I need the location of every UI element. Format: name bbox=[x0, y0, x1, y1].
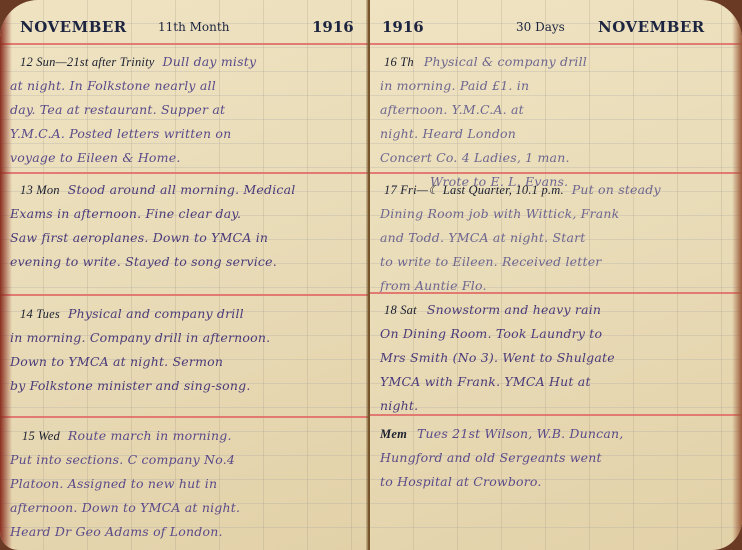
entry-line: in morning. Paid £1. in bbox=[380, 78, 529, 93]
diary-entry-15-wed: 15 WedRoute march in morning. Put into s… bbox=[10, 424, 360, 544]
entry-line: afternoon. Y.M.C.A. at bbox=[380, 102, 524, 117]
entry-line: Snowstorm and heavy rain bbox=[427, 302, 601, 317]
day-label: 16 Th bbox=[384, 55, 414, 69]
diary-spread: NOVEMBER 11th Month 1916 12 Sun—21st aft… bbox=[0, 0, 742, 550]
entry-line: to Hospital at Crowboro. bbox=[380, 474, 542, 489]
left-page: NOVEMBER 11th Month 1916 12 Sun—21st aft… bbox=[0, 0, 368, 550]
day-label: 17 Fri— bbox=[384, 183, 428, 197]
right-page: 1916 30 Days NOVEMBER 16 ThPhysical & co… bbox=[370, 0, 742, 550]
memo-entry: MemTues 21st Wilson, W.B. Duncan, Hungfo… bbox=[380, 422, 735, 494]
day-label: 12 Sun—21st after Trinity bbox=[20, 55, 155, 69]
entry-divider bbox=[0, 294, 368, 296]
entry-line: Mrs Smith (No 3). Went to Shulgate bbox=[380, 350, 615, 365]
diary-entry-17-fri: 17 Fri—☾ Last Quarter, 10.1 p.m.Put on s… bbox=[380, 178, 735, 298]
entry-line: Down to YMCA at night. Sermon bbox=[10, 354, 223, 369]
moon-phase-note: ☾ Last Quarter, 10.1 p.m. bbox=[428, 183, 564, 197]
entry-line: Y.M.C.A. Posted letters written on bbox=[10, 126, 231, 141]
entry-line: voyage to Eileen & Home. bbox=[10, 150, 181, 165]
entry-line: Physical and company drill bbox=[68, 306, 244, 321]
entry-line: at night. In Folkstone nearly all bbox=[10, 78, 216, 93]
entry-line: Stood around all morning. Medical bbox=[68, 182, 296, 197]
memo-label: Mem bbox=[380, 427, 407, 441]
entry-divider bbox=[0, 172, 368, 174]
entry-line: Dining Room job with Wittick, Frank bbox=[380, 206, 619, 221]
right-page-header: 1916 30 Days NOVEMBER bbox=[382, 18, 727, 40]
entry-line: On Dining Room. Took Laundry to bbox=[380, 326, 602, 341]
month-title: NOVEMBER bbox=[598, 18, 705, 36]
year-label: 1916 bbox=[312, 18, 354, 36]
page-edge bbox=[732, 0, 742, 550]
entry-line: Dull day misty bbox=[163, 54, 257, 69]
entry-divider bbox=[370, 414, 742, 416]
entry-line: Platoon. Assigned to new hut in bbox=[10, 476, 217, 491]
entry-line: and Todd. YMCA at night. Start bbox=[380, 230, 586, 245]
entry-line: night. Heard London bbox=[380, 126, 516, 141]
entry-line: Hungford and old Sergeants went bbox=[380, 450, 602, 465]
entry-divider bbox=[370, 292, 742, 294]
entry-divider bbox=[370, 172, 742, 174]
entry-line: in morning. Company drill in afternoon. bbox=[10, 330, 270, 345]
entry-line: evening to write. Stayed to song service… bbox=[10, 254, 277, 269]
left-page-header: NOVEMBER 11th Month 1916 bbox=[20, 18, 360, 40]
year-label: 1916 bbox=[382, 18, 424, 36]
month-number: 11th Month bbox=[158, 20, 229, 34]
entry-line: day. Tea at restaurant. Supper at bbox=[10, 102, 225, 117]
day-label: 18 Sat bbox=[384, 303, 417, 317]
entry-line: to write to Eileen. Received letter bbox=[380, 254, 601, 269]
entry-line: Concert Co. 4 Ladies, 1 man. bbox=[380, 150, 570, 165]
entry-line: by Folkstone minister and sing-song. bbox=[10, 378, 251, 393]
days-count: 30 Days bbox=[516, 20, 565, 34]
entry-line: Heard Dr Geo Adams of London. bbox=[10, 524, 223, 539]
entry-line: Put on steady bbox=[572, 182, 661, 197]
entry-line: YMCA with Frank. YMCA Hut at bbox=[380, 374, 591, 389]
month-title: NOVEMBER bbox=[20, 18, 127, 36]
entry-line: from Auntie Flo. bbox=[380, 278, 487, 293]
entry-line: Physical & company drill bbox=[424, 54, 587, 69]
header-rule bbox=[370, 43, 742, 45]
entry-line: Route march in morning. bbox=[68, 428, 232, 443]
entry-line: Exams in afternoon. Fine clear day. bbox=[10, 206, 241, 221]
page-edge bbox=[0, 0, 12, 550]
entry-line: afternoon. Down to YMCA at night. bbox=[10, 500, 240, 515]
diary-entry-13-mon: 13 MonStood around all morning. Medical … bbox=[10, 178, 360, 274]
diary-entry-12-sun: 12 Sun—21st after TrinityDull day misty … bbox=[10, 50, 360, 170]
day-label: 15 Wed bbox=[22, 429, 60, 443]
entry-line: Saw first aeroplanes. Down to YMCA in bbox=[10, 230, 268, 245]
entry-divider bbox=[0, 416, 368, 418]
entry-line: night. bbox=[380, 398, 418, 413]
entry-line: Put into sections. C company No.4 bbox=[10, 452, 235, 467]
diary-entry-14-tues: 14 TuesPhysical and company drill in mor… bbox=[10, 302, 360, 398]
day-label: 13 Mon bbox=[20, 183, 60, 197]
entry-line: Tues 21st Wilson, W.B. Duncan, bbox=[417, 426, 623, 441]
day-label: 14 Tues bbox=[20, 307, 60, 321]
header-rule bbox=[0, 43, 368, 45]
diary-entry-18-sat: 18 SatSnowstorm and heavy rain On Dining… bbox=[380, 298, 735, 418]
